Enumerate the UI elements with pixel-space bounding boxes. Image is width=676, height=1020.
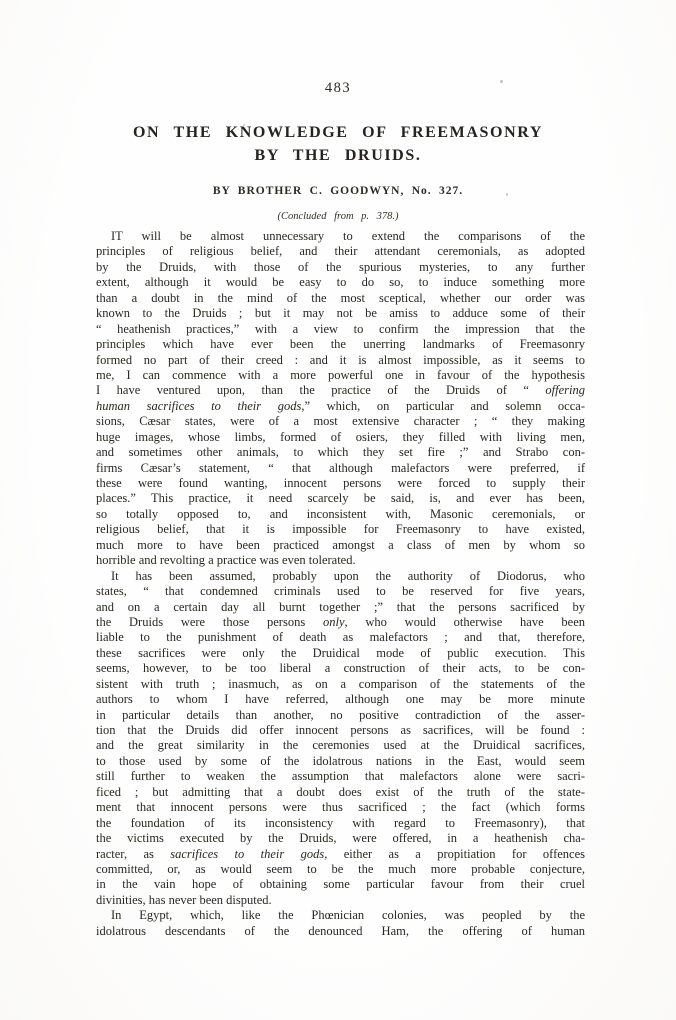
text-line: sions, Cæsar states, were of a most exte… bbox=[96, 414, 585, 429]
text-line: ficed ; but admitting that a doubt does … bbox=[96, 785, 585, 800]
text-line: In Egypt, which, like the Phœnician colo… bbox=[96, 908, 585, 923]
scan-speck bbox=[506, 193, 508, 196]
scanned-page: 483 ON THE KNOWLEDGE OF FREEMASONRY BY T… bbox=[0, 0, 676, 1020]
text-line: seems, however, to be too liberal a cons… bbox=[96, 661, 585, 676]
text-line: principles which have ever been the uner… bbox=[96, 337, 585, 352]
text-line: “ heathenish practices,” with a view to … bbox=[96, 322, 585, 337]
text-line: still further to weaken the assumption t… bbox=[96, 769, 585, 784]
text-line: huge images, whose limbs, formed of osie… bbox=[96, 430, 585, 445]
text-line: in the vain hope of obtaining some parti… bbox=[96, 877, 585, 892]
text-line: and sometimes other animals, to which th… bbox=[96, 445, 585, 460]
text-line: religious belief, that it is impossible … bbox=[96, 522, 585, 537]
page-number: 483 bbox=[0, 80, 676, 97]
text-line: idolatrous descendants of the denounced … bbox=[96, 924, 585, 939]
article-title-line1: ON THE KNOWLEDGE OF FREEMASONRY bbox=[0, 124, 676, 142]
text-line: It has been assumed, probably upon the a… bbox=[96, 569, 585, 584]
text-line: these were found wanting, innocent perso… bbox=[96, 476, 585, 491]
text-line: ment that innocent persons were thus sac… bbox=[96, 800, 585, 815]
text-line: principles of religious belief, and thei… bbox=[96, 244, 585, 259]
text-line: I have ventured upon, than the practice … bbox=[96, 383, 585, 398]
text-line: extent, although it would be easy to do … bbox=[96, 275, 585, 290]
text-line: to those used by some of the idolatrous … bbox=[96, 754, 585, 769]
article-title-line2: BY THE DRUIDS. bbox=[0, 147, 676, 165]
text-line: states, “ that condemned criminals used … bbox=[96, 584, 585, 599]
text-line: in particular details than another, no p… bbox=[96, 708, 585, 723]
text-line: known to the Druids ; but it may not be … bbox=[96, 306, 585, 321]
text-line: authors to whom I have referred, althoug… bbox=[96, 692, 585, 707]
text-line: IT will be almost unnecessary to extend … bbox=[96, 229, 585, 244]
text-line: so totally opposed to, and inconsistent … bbox=[96, 507, 585, 522]
text-line: the Druids were those persons only, who … bbox=[96, 615, 585, 630]
scan-speck bbox=[243, 124, 245, 126]
text-line: liable to the punishment of death as mal… bbox=[96, 630, 585, 645]
text-line: much more to have been practiced amongst… bbox=[96, 538, 585, 553]
text-line: committed, or, as would seem to be the m… bbox=[96, 862, 585, 877]
text-line: than a doubt in the mind of the most sce… bbox=[96, 291, 585, 306]
text-line: by the Druids, with those of the spuriou… bbox=[96, 260, 585, 275]
text-line: these sacrifices were only the Druidical… bbox=[96, 646, 585, 661]
text-line: firms Cæsar’s statement, “ that although… bbox=[96, 461, 585, 476]
text-line: me, I can commence with a more powerful … bbox=[96, 368, 585, 383]
text-line: formed no part of their creed : and it i… bbox=[96, 353, 585, 368]
text-line: divinities, has never been disputed. bbox=[96, 893, 585, 908]
text-line: the foundation of its inconsistency with… bbox=[96, 816, 585, 831]
text-line: human sacrifices to their gods,” which, … bbox=[96, 399, 585, 414]
text-line: and the great similarity in the ceremoni… bbox=[96, 738, 585, 753]
article-subheading: (Concluded from p. 378.) bbox=[0, 211, 676, 222]
text-line: the victims executed by the Druids, were… bbox=[96, 831, 585, 846]
text-line: tion that the Druids did offer innocent … bbox=[96, 723, 585, 738]
text-line: and on a certain day all burnt together … bbox=[96, 600, 585, 615]
text-line: horrible and revolting a practice was ev… bbox=[96, 553, 585, 568]
article-byline: BY BROTHER C. GOODWYN, No. 327. bbox=[0, 185, 676, 197]
text-line: sistent with truth ; inasmuch, as on a c… bbox=[96, 677, 585, 692]
text-line: places.” This practice, it need scarcely… bbox=[96, 491, 585, 506]
text-line: racter, as sacrifices to their gods, eit… bbox=[96, 847, 585, 862]
article-body: IT will be almost unnecessary to extend … bbox=[96, 229, 585, 939]
scan-speck bbox=[500, 80, 503, 83]
